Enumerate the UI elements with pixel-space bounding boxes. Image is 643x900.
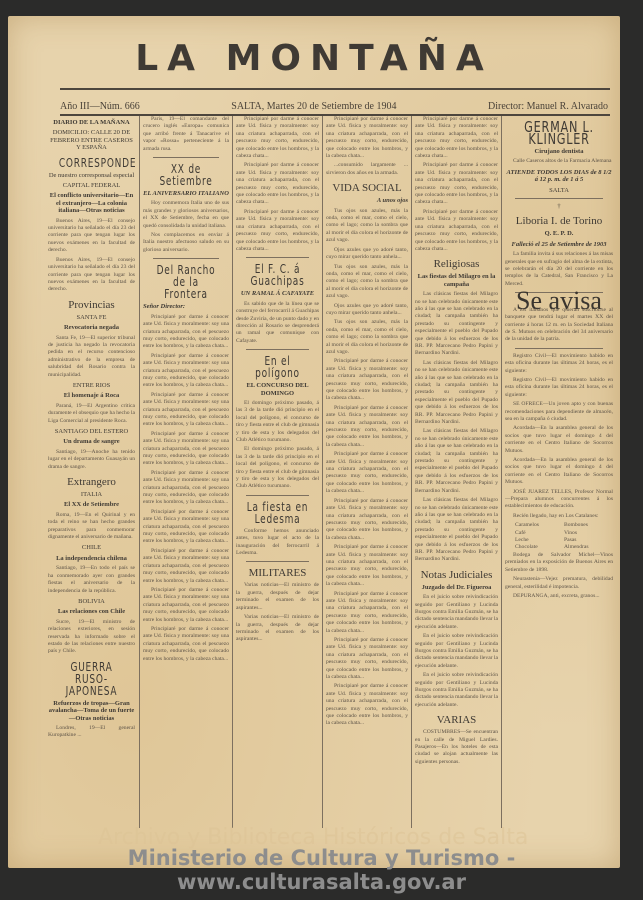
section-varias: VARIAS (415, 714, 498, 726)
column-rule (322, 116, 323, 828)
subheading: Falleció el 25 de Setiembre de 1903 (505, 241, 613, 248)
article-body: Buenos Aires, 19—El consejo universitari… (48, 257, 135, 294)
ad-klingler: GERMAN L. KLINGLER (519, 121, 600, 145)
product-item: Bombones (564, 522, 613, 529)
article-body: Varias noticias—El ministro de la guerra… (236, 582, 319, 612)
subheading: UN RAMAL Á CAFAYATE (236, 290, 319, 297)
ad-body: DEPURANGA, anti, excreta, granos... (505, 593, 613, 600)
divider (246, 349, 309, 350)
column-rule (232, 116, 233, 828)
headline: Un drama de sangre (48, 438, 135, 445)
ad-city: SALTA (505, 187, 613, 194)
credit-footer: Ministerio de Cultura y Turismo - www.cu… (0, 846, 643, 894)
subheading: De nuestro corresponsal especial (48, 172, 135, 179)
issue-number: Año III—Núm. 666 (60, 101, 140, 112)
article-body: Principiaré por darme á conocer ante Ud.… (143, 431, 229, 468)
divider (246, 561, 309, 562)
product-item: Caramelos (515, 522, 564, 529)
column-6-ads: GERMAN L. KLINGLER Cirujano dentista Cal… (505, 116, 613, 828)
divider (515, 348, 603, 349)
article-body: Principiaré por darme á conocer ante Ud.… (326, 498, 408, 542)
headline: El conflicto universitario—En el extranj… (48, 192, 135, 214)
salutation: Señor Director: (143, 303, 229, 310)
ad-body: Acordada—En la asamblea general de los s… (505, 425, 613, 455)
poem: Ojos azules que yo adoré tanto, cuyo mir… (326, 303, 408, 318)
article-body: Paraná, 19—El Argentino critica durament… (48, 403, 135, 425)
divider (246, 495, 309, 496)
article-body: Principiaré por darme á conocer ante Ud.… (326, 358, 408, 402)
cross-icon: † (505, 203, 613, 210)
product-item: Café (515, 530, 564, 537)
issue-date: SALTA, Martes 20 de Setiembre de 1904 (231, 101, 396, 112)
article-body: Principiaré por darme á conocer ante Ud.… (143, 314, 229, 351)
ad-body: JOSÉ JUAREZ TELLES, Profesor Normal—Prep… (505, 489, 613, 511)
headline: Las relaciones con Chile (48, 608, 135, 615)
article-body: Las clásicas fiestas del Milagro no se h… (415, 291, 498, 358)
section-notas-judiciales: Notas Judiciales (415, 569, 498, 581)
headline: El XX de Setiembre (48, 501, 135, 508)
divider (153, 157, 219, 158)
article-body: Principiaré por darme á conocer ante Ud.… (143, 509, 229, 546)
product-item: Almendras (564, 544, 613, 551)
article-body: Principiaré por darme á conocer ante Ud.… (415, 162, 498, 206)
article-body: Principiaré por darme á conocer ante Ud.… (236, 209, 319, 253)
article-body: Conforme hemos anunciado antes, tuvo lug… (236, 528, 319, 558)
article-body: Buenos Aires, 19—El consejo universitari… (48, 218, 135, 255)
article-body: Principiaré por darme á conocer ante Ud.… (143, 587, 229, 624)
section-guerra: GUERRA RUSO-JAPONESA (59, 661, 124, 697)
divider (246, 257, 309, 258)
obituary-title: Liboria I. de Torino (505, 215, 613, 227)
ad-body: Neurastenia—Vejez prematura, debilidad g… (505, 576, 613, 591)
subheading: Q. E. P. D. (505, 230, 613, 237)
column-rule (411, 116, 412, 828)
headline: Refuerzos de tropas—Gran avalancha—Toma … (48, 700, 135, 722)
section-religiosas: Religiosas (415, 258, 498, 270)
section-ledesma: La fiesta en Ledesma (246, 501, 308, 525)
article-body: Santa Fe, 19—El superior tribunal de jus… (48, 335, 135, 379)
section-poligono: En el polígono (246, 355, 308, 379)
director: Director: Manuel R. Alvarado (488, 101, 608, 112)
article-body: Principiaré por darme á conocer ante Ud.… (143, 626, 229, 663)
subheading: BOLIVIA (48, 598, 135, 605)
headline: Revocatoria negada (48, 324, 135, 331)
subheading: SANTA FE (48, 314, 135, 321)
divider (153, 258, 219, 259)
column-rule (139, 116, 140, 828)
article-body: Principiaré por darme á conocer ante Ud.… (236, 162, 319, 206)
article-body: Principiaré por darme á conocer ante Ud.… (326, 405, 408, 449)
ad-body: SE OFRECE—Un joven apto y con buenas rec… (505, 401, 613, 423)
product-item: Pasas (564, 537, 613, 544)
headline: La independencia chilena (48, 555, 135, 562)
article-body: Varias noticias—El ministro de la guerra… (236, 614, 319, 644)
section-militares: MILITARES (236, 567, 319, 579)
article-body: En el juicio sobre reivindicación seguid… (415, 594, 498, 631)
article-body: El domingo próximo pasado, á las 3 de la… (236, 400, 319, 444)
dateline: Año III—Núm. 666 SALTA, Martes 20 de Set… (60, 101, 608, 112)
article-body: Principiaré por darme á conocer ante Ud.… (236, 116, 319, 160)
subheading: EL CONCURSO DEL DOMINGO (236, 382, 319, 397)
headline: Las fiestas del Milagro en la campaña (415, 273, 498, 288)
subheading: Cirujano dentista (505, 148, 613, 155)
ad-se-avisa: Se avisa (505, 297, 613, 304)
column-4: Principiaré por darme á conocer ante Ud.… (326, 116, 408, 828)
ad-body: La familia invita á sus relaciones á las… (505, 251, 613, 288)
imprint: DIARIO DE LA MAÑANA (48, 119, 135, 126)
product-item: Chocolate (515, 544, 564, 551)
article-body: Roma, 19—En el Quirinal y en toda el rei… (48, 512, 135, 542)
product-list: Caramelos Bombones Café Vinos Leche Pasa… (505, 522, 613, 552)
article-body: Principiaré por darme á conocer ante Ud.… (326, 683, 408, 727)
article-body: En el juicio sobre reivindicación seguid… (415, 672, 498, 709)
masthead-title: LA MONTAÑA (8, 38, 620, 79)
article-body: Principiaré por darme á conocer ante Ud.… (326, 451, 408, 495)
article-body: Hoy conmemora Italia uno de sus más gran… (143, 200, 229, 230)
article-body: El domingo próximo pasado, á las 3 de la… (236, 446, 319, 490)
article-body: Las clásicas fiestas del Milagro no se h… (415, 497, 498, 564)
section-vida-social: VIDA SOCIAL (326, 182, 408, 194)
subheading: CHILE (48, 544, 135, 551)
article-body: Principiaré por darme á conocer ante Ud.… (326, 637, 408, 681)
article-body: Principiaré por darme á conocer ante Ud.… (143, 470, 229, 507)
product-item: Vinos (564, 530, 613, 537)
section-fc-guachipas: El F. C. á Guachipas (246, 263, 308, 287)
article-body: Principiaré por darme á conocer ante Ud.… (143, 392, 229, 429)
article-body: Las clásicas fiestas del Milagro no se h… (415, 428, 498, 495)
product-item: Leche (515, 537, 564, 544)
column-2: Paris, 19—El comandante del crucero ingl… (143, 116, 229, 828)
subheading: ITALIA (48, 491, 135, 498)
article-body: Es sabido que de la línea que se constru… (236, 301, 319, 345)
section-provincias: Provincias (48, 299, 135, 311)
headline: Juzgado del Dr. Figueroa (415, 584, 498, 591)
article-body: Las clásicas fiestas del Milagro no se h… (415, 360, 498, 427)
article-body: Principiaré por darme á conocer ante Ud.… (415, 209, 498, 253)
subheading: ENTRE RIOS (48, 382, 135, 389)
poem: Tus ojos son azules, más la onda, como e… (326, 264, 408, 301)
article-body: Registro Civil—El movimiento habido en e… (505, 377, 613, 399)
divider (515, 198, 603, 199)
column-rule (501, 116, 502, 828)
subheading: CAPITAL FEDERAL (48, 182, 135, 189)
poem: Ojos azules que yo adoré tanto, cuyo mir… (326, 247, 408, 262)
article-body: Principiaré por darme á conocer ante Ud.… (326, 116, 408, 160)
article-body: Principiaré por darme á conocer ante Ud.… (143, 353, 229, 390)
imprint-address: DOMICILIO: CALLE 20 DE FEBRERO ENTRE CAS… (48, 129, 135, 151)
article-body: COSTUMBRES—Se encuentran en la calle de … (415, 729, 498, 766)
article-body: Principiaré por darme á conocer ante Ud.… (326, 591, 408, 635)
poem: Tus ojos son azules, más la onda, como e… (326, 208, 408, 245)
article-body: Registro Civil—El movimiento habido en e… (505, 353, 613, 375)
article-body: Santiago, 19—Anoche ha tenido lugar en e… (48, 449, 135, 471)
newspaper-page: LA MONTAÑA Año III—Núm. 666 SALTA, Marte… (8, 16, 620, 868)
article-body: Paris, 19—El comandante del crucero ingl… (143, 116, 229, 153)
article-body: En el juicio sobre reivindicación seguid… (415, 633, 498, 670)
section-rancho: Del Rancho de la Frontera (154, 264, 219, 300)
ad-body: Recién llegado, hay en Los Catalanes: (505, 513, 613, 520)
ad-body: Acordada—En la asamblea general de los s… (505, 457, 613, 487)
section-correspondencia: CORRESPONDENCIA (59, 157, 124, 169)
subheading: EL ANIVERSARIO ITALIANO (143, 190, 229, 197)
article-body: Principiaré por darme á conocer ante Ud.… (415, 116, 498, 160)
ad-hours: ATIENDE TODOS LOS DIAS de 8 1/2 á 12 p. … (505, 169, 613, 184)
poem: Tus ojos son azules, más la onda, como e… (326, 319, 408, 356)
divider (60, 88, 610, 90)
column-5: Principiaré por darme á conocer ante Ud.… (415, 116, 498, 828)
ad-body: Bodega de Salvador Michel—Vinos premiado… (505, 552, 613, 574)
column-1: DIARIO DE LA MAÑANA DOMICILIO: CALLE 20 … (48, 116, 135, 828)
section-xx-setiembre: XX de Setiembre (154, 163, 219, 187)
article-body: Principiaré por darme á conocer ante Ud.… (326, 544, 408, 588)
subheading: A unos ojos (326, 197, 408, 204)
article-body: Nos complacemos en enviar á Italia nuest… (143, 232, 229, 254)
article-body: ...consumido largamente ... sirvieron do… (326, 162, 408, 177)
ad-body: Calle Caseros altos de la Farmacia Alema… (505, 158, 613, 165)
article-body: Principiaré por darme á conocer ante Ud.… (143, 548, 229, 585)
ad-body: A los italianos que quieran suscribirse … (505, 307, 613, 344)
article-body: Sucre, 19—El ministro de relaciones exte… (48, 619, 135, 656)
subheading: SANTIAGO DEL ESTERO (48, 428, 135, 435)
article-body: Santiago, 19—En todo el país se ha conme… (48, 565, 135, 595)
article-body: Londres, 19—El general Kuropatkine ... (48, 725, 135, 740)
section-extranjero: Extrangero (48, 476, 135, 488)
headline: El homenaje á Roca (48, 392, 135, 399)
column-3: Principiaré por darme á conocer ante Ud.… (236, 116, 319, 828)
